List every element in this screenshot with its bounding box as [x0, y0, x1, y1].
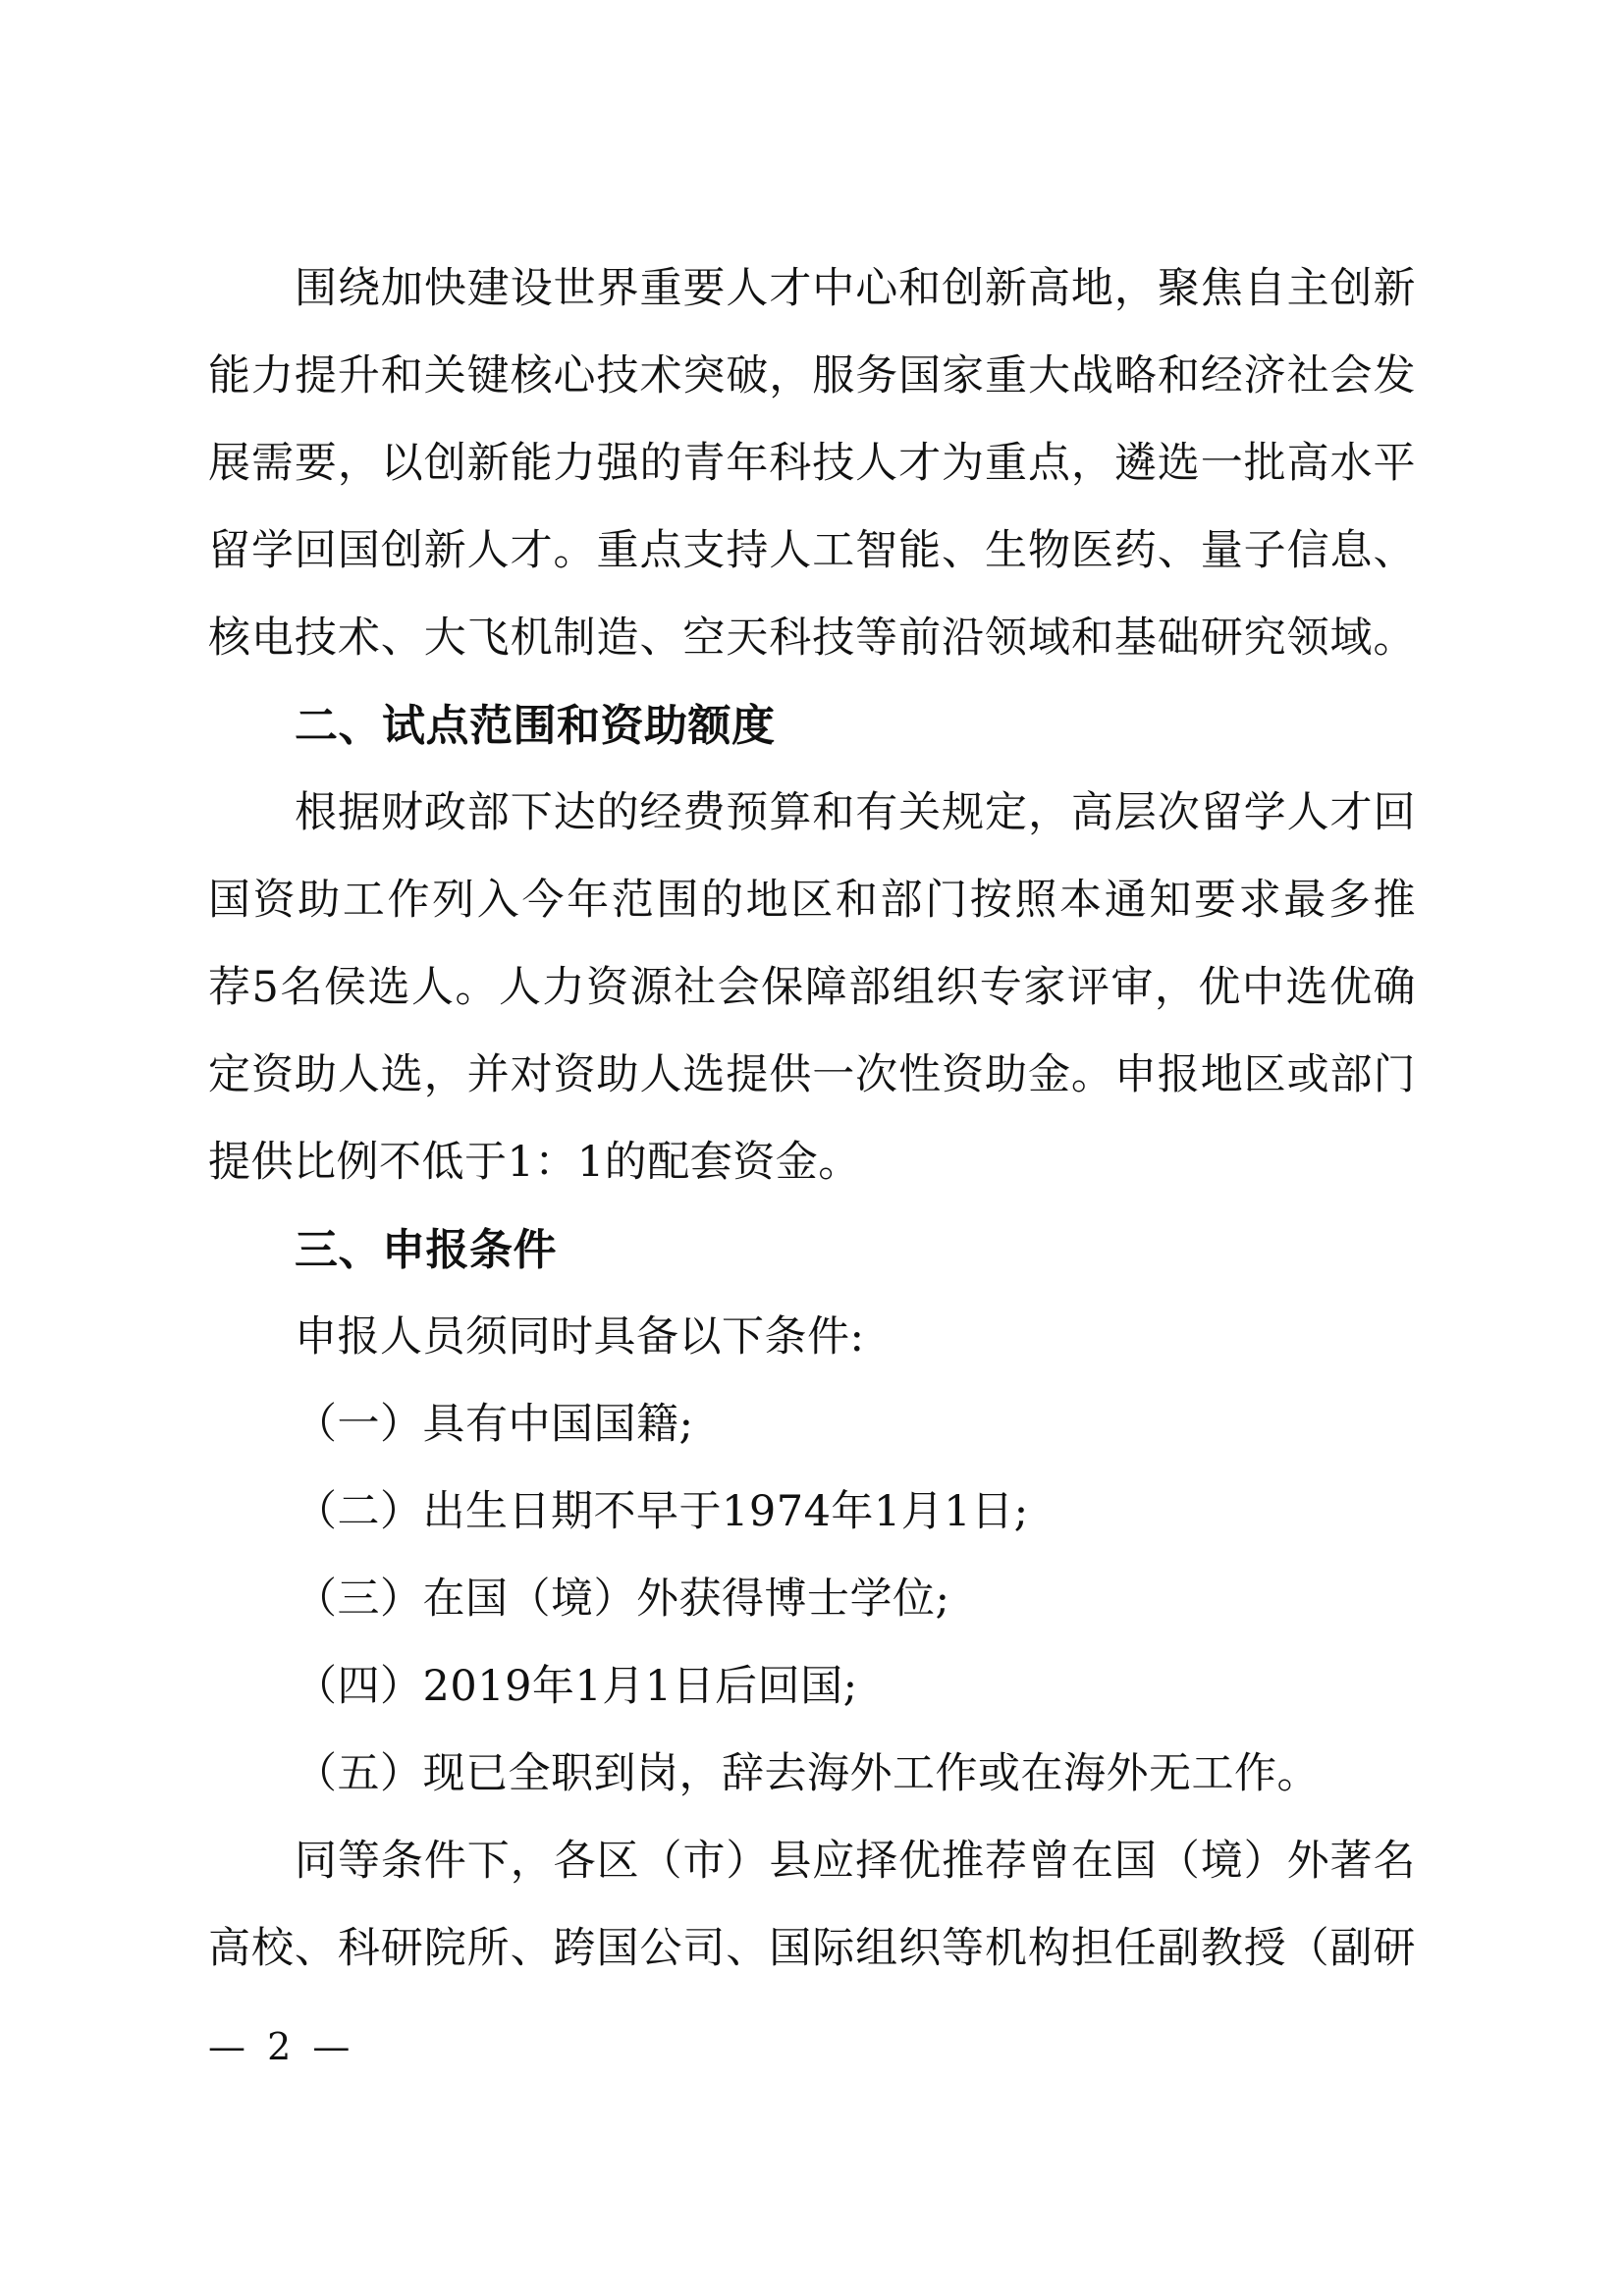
text-line: （三）在国（境）外获得博士学位; — [208, 1556, 1416, 1643]
text-line: 同等条件下，各区（市）县应择优推荐曾在国（境）外著名 — [208, 1818, 1416, 1905]
text-line: 国资助工作列入今年范围的地区和部门按照本通知要求最多推 — [208, 857, 1416, 944]
section-heading: 二、试点范围和资助额度 — [208, 682, 1416, 770]
text-line: 能力提升和关键核心技术突破，服务国家重大战略和经济社会发 — [208, 333, 1416, 420]
text-line: （二）出生日期不早于1974年1月1日; — [208, 1468, 1416, 1556]
document-page: 围绕加快建设世界重要人才中心和创新高地，聚焦自主创新能力提升和关键核心技术突破，… — [0, 0, 1624, 2296]
text-line: 留学回国创新人才。重点支持人工智能、生物医药、量子信息、 — [208, 507, 1416, 595]
text-line: （四）2019年1月1日后回国; — [208, 1643, 1416, 1731]
text-line: 申报人员须同时具备以下条件: — [208, 1294, 1416, 1381]
text-line: 根据财政部下达的经费预算和有关规定，高层次留学人才回 — [208, 770, 1416, 857]
text-line: 荐5名侯选人。人力资源社会保障部组织专家评审，优中选优确 — [208, 944, 1416, 1032]
text-line: 定资助人选，并对资助人选提供一次性资助金。申报地区或部门 — [208, 1032, 1416, 1119]
text-line: 展需要，以创新能力强的青年科技人才为重点，遴选一批高水平 — [208, 420, 1416, 507]
text-line: （五）现已全职到岗，辞去海外工作或在海外无工作。 — [208, 1731, 1416, 1818]
text-line: 围绕加快建设世界重要人才中心和创新高地，聚焦自主创新 — [208, 245, 1416, 333]
document-body: 围绕加快建设世界重要人才中心和创新高地，聚焦自主创新能力提升和关键核心技术突破，… — [208, 245, 1416, 1993]
text-line: 高校、科研院所、跨国公司、国际组织等机构担任副教授（副研 — [208, 1905, 1416, 1993]
text-line: 提供比例不低于1：1的配套资金。 — [208, 1119, 1416, 1206]
section-heading: 三、申报条件 — [208, 1206, 1416, 1294]
text-line: （一）具有中国国籍; — [208, 1381, 1416, 1468]
text-line: 核电技术、大飞机制造、空天科技等前沿领域和基础研究领域。 — [208, 595, 1416, 682]
page-number: — 2 — — [208, 2024, 354, 2069]
